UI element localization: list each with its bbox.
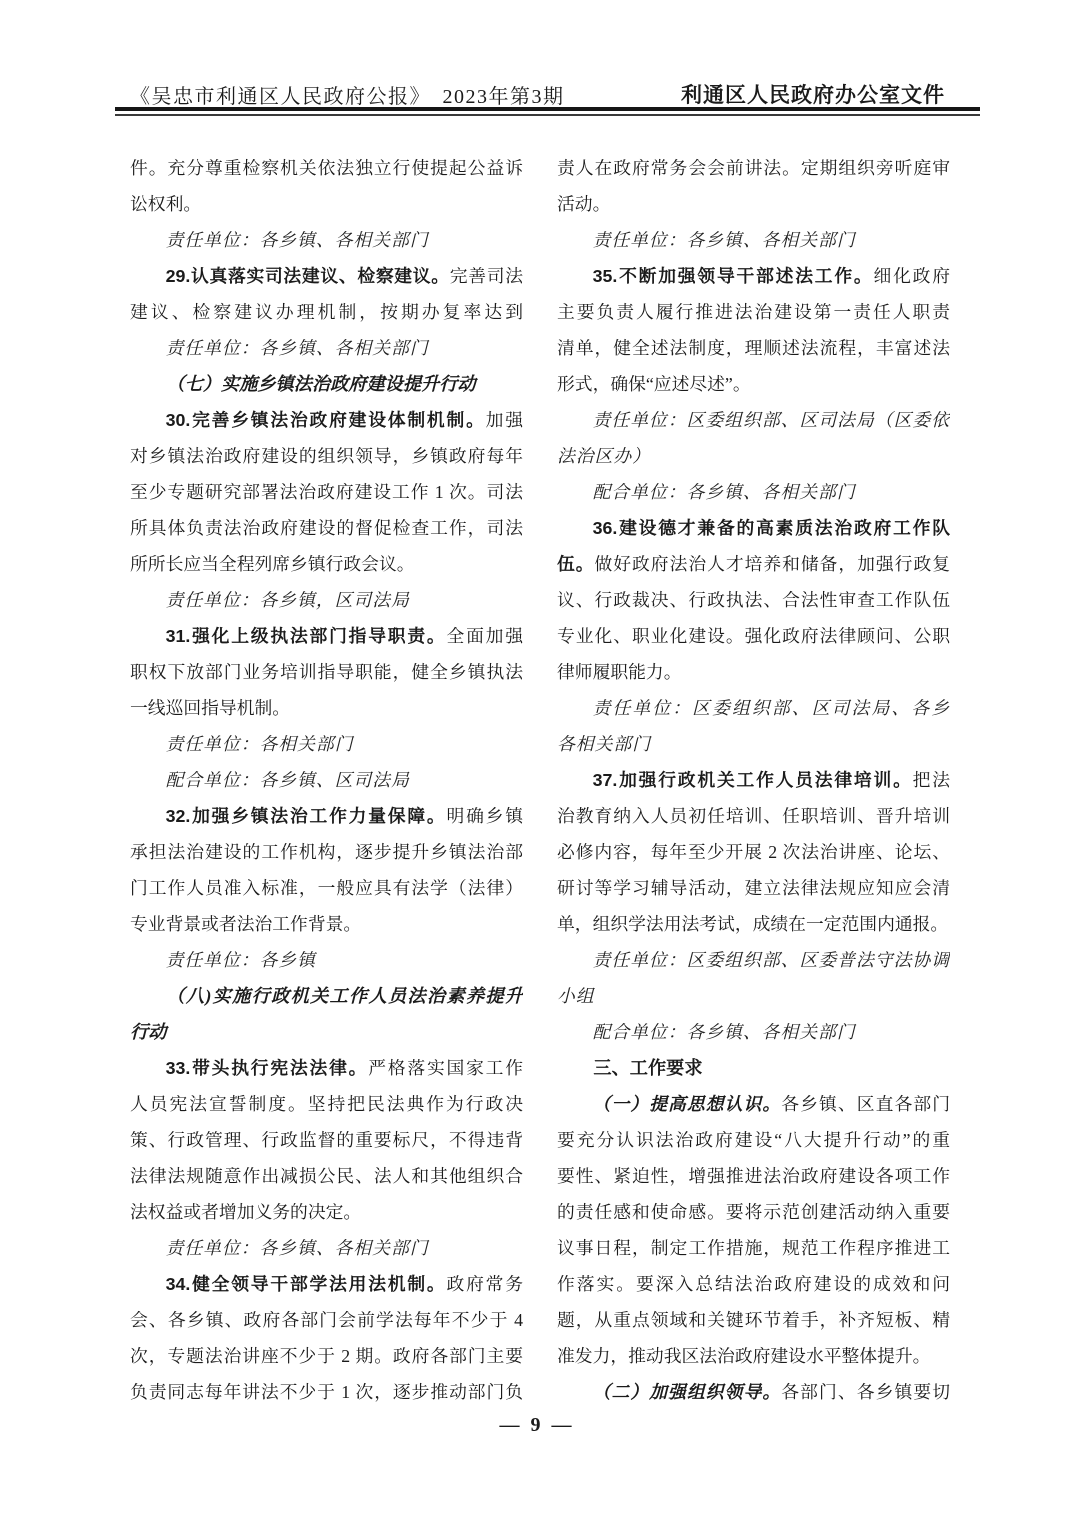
text-run: 讼权利。 [130, 194, 201, 214]
document-page: 《吴忠市利通区人民政府公报》 2023年第3期 利通区人民政府办公室文件 件。充… [0, 0, 1074, 1520]
text-line: 门工作人员准入标准，一般应具有法学（法律） [130, 870, 523, 906]
text-run: 对乡镇法治政府建设的组织领导，乡镇政府每年 [130, 446, 523, 466]
text-line: 31.强化上级执法部门指导职责。全面加强 [130, 618, 523, 654]
left-text-column: 件。充分尊重检察机关依法独立行使提起公益诉讼权利。责任单位：各乡镇、各相关部门2… [130, 150, 523, 1410]
text-line: 题，从重点领域和关键环节着手，补齐短板、精 [557, 1302, 950, 1338]
text-line: 治教育纳入人员初任培训、任职培训、晋升培训 [557, 798, 950, 834]
text-run: 所所长应当全程列席乡镇行政会议。 [130, 554, 415, 574]
text-run: 小组 [557, 986, 595, 1006]
text-line: 至少专题研究部署法治政府建设工作 1 次。司法 [130, 474, 523, 510]
text-run: 完善司法 [450, 266, 523, 286]
text-line: 三、工作要求 [557, 1050, 950, 1086]
text-line: 法律法规随意作出减损公民、法人和其他组织合 [130, 1158, 523, 1194]
text-run: 责任单位：各乡镇、各相关部门 [166, 1238, 429, 1258]
text-line: 法治区办） [557, 438, 950, 474]
text-line: （七）实施乡镇法治政府建设提升行动 [130, 366, 523, 402]
text-run-lead: 35.不断加强领导干部述法工作。 [593, 266, 874, 286]
text-line: 的责任感和使命感。要将示范创建活动纳入重要 [557, 1194, 950, 1230]
text-run: 责任单位：各乡镇、各相关部门 [593, 230, 856, 250]
text-run: 一线巡回指导机制。 [130, 698, 290, 718]
text-run: 件。充分尊重检察机关依法独立行使提起公益诉 [130, 158, 523, 178]
text-run-lead: 伍。 [557, 554, 595, 574]
text-run: 议、行政裁决、行政执法、合法性审查工作队伍 [557, 590, 950, 610]
text-line: 责任单位：各乡镇、各相关部门 [130, 330, 523, 366]
text-run-lead: 31.强化上级执法部门指导职责。 [166, 626, 447, 646]
header-rule-thin [115, 114, 980, 116]
text-run: 法权益或者增加义务的决定。 [130, 1202, 361, 1222]
text-run: 的责任感和使命感。要将示范创建活动纳入重要 [557, 1202, 950, 1222]
text-line: 人员宪法宣誓制度。坚持把民法典作为行政决 [130, 1086, 523, 1122]
text-run: 责任单位：各相关部门 [166, 734, 354, 754]
text-line: 责任单位：各乡镇、各相关部门 [130, 1230, 523, 1266]
text-run: 把法 [913, 770, 950, 790]
text-line: 单，组织学法用法考试，成绩在一定范围内通报。 [557, 906, 950, 942]
text-run: 作落实。要深入总结法治政府建设的成效和问 [557, 1274, 950, 1294]
text-line: 主要负责人履行推进法治建设第一责任人职责 [557, 294, 950, 330]
text-line: （二）加强组织领导。各部门、各乡镇要切 [557, 1374, 950, 1410]
text-run: 人员宪法宣誓制度。坚持把民法典作为行政决 [130, 1094, 523, 1114]
text-line: 要充分认识法治政府建设“八大提升行动”的重 [557, 1122, 950, 1158]
text-line: 33.带头执行宪法法律。严格落实国家工作 [130, 1050, 523, 1086]
text-line: 专业背景或者法治工作背景。 [130, 906, 523, 942]
text-line: 要性、紧迫性，增强推进法治政府建设各项工作 [557, 1158, 950, 1194]
text-line: 必修内容，每年至少开展 2 次法治讲座、论坛、 [557, 834, 950, 870]
text-run: 责人在政府常务会会前讲法。定期组织旁听庭审 [557, 158, 950, 178]
page-number: — 9 — [0, 1414, 1074, 1437]
text-line: 35.不断加强领导干部述法工作。细化政府 [557, 258, 950, 294]
text-line: 配合单位：各乡镇、区司法局 [130, 762, 523, 798]
text-line: （一）提高思想认识。各乡镇、区直各部门 [557, 1086, 950, 1122]
text-line: 责任单位：区委组织部、区司法局（区委依 [557, 402, 950, 438]
text-run-lead: 33.带头执行宪法法律。 [166, 1058, 369, 1078]
office-document-header: 利通区人民政府办公室文件 [681, 79, 945, 109]
text-line: 所所长应当全程列席乡镇行政会议。 [130, 546, 523, 582]
text-line: 讼权利。 [130, 186, 523, 222]
text-line: 30.完善乡镇法治政府建设体制机制。加强 [130, 402, 523, 438]
text-run: 细化政府 [874, 266, 951, 286]
text-line: 责任单位：各乡镇 [130, 942, 523, 978]
text-run: 会、各乡镇、政府各部门会前学法每年不少于 4 [130, 1310, 523, 1330]
text-line: 对乡镇法治政府建设的组织领导，乡镇政府每年 [130, 438, 523, 474]
text-run: 要充分认识法治政府建设“八大提升行动”的重 [557, 1130, 950, 1150]
text-run: 必修内容，每年至少开展 2 次法治讲座、论坛、 [557, 842, 950, 862]
text-line: 策、行政管理、行政监督的重要标尺，不得违背 [130, 1122, 523, 1158]
text-line: 次，专题法治讲座不少于 2 期。政府各部门主要 [130, 1338, 523, 1374]
text-run: 责任单位：各乡镇，区司法局 [166, 590, 410, 610]
text-run: 次，专题法治讲座不少于 2 期。政府各部门主要 [130, 1346, 523, 1366]
text-line: 准发力，推动我区法治政府建设水平整体提升。 [557, 1338, 950, 1374]
text-run: 责任单位：各乡镇 [166, 950, 316, 970]
text-line: 各相关部门 [557, 726, 950, 762]
text-run: 明确乡镇 [447, 806, 524, 826]
text-line: 34.健全领导干部学法用法机制。政府常务 [130, 1266, 523, 1302]
text-run-lead: 29.认真落实司法建议、检察建议。 [166, 266, 450, 286]
text-run: 律师履职能力。 [557, 662, 681, 682]
text-run: 专业背景或者法治工作背景。 [130, 914, 361, 934]
text-run: 题，从重点领域和关键环节着手，补齐短板、精 [557, 1310, 950, 1330]
text-line: 配合单位：各乡镇、各相关部门 [557, 474, 950, 510]
text-line: （八)实施行政机关工作人员法治素养提升 [130, 978, 523, 1014]
text-line: 37.加强行政机关工作人员法律培训。把法 [557, 762, 950, 798]
text-line: 负责同志每年讲法不少于 1 次，逐步推动部门负 [130, 1374, 523, 1410]
text-line: 责任单位：各相关部门 [130, 726, 523, 762]
text-line: 小组 [557, 978, 950, 1014]
text-line: 所具体负责法治政府建设的督促检查工作，司法 [130, 510, 523, 546]
text-run: 准发力，推动我区法治政府建设水平整体提升。 [557, 1346, 930, 1366]
text-run: 清单，健全述法制度，理顺述法流程，丰富述法 [557, 338, 950, 358]
text-run-lead-kai: （一）提高思想认识。 [593, 1094, 782, 1114]
text-run-lead: 37.加强行政机关工作人员法律培训。 [593, 770, 913, 790]
text-line: 形式，确保“应述尽述”。 [557, 366, 950, 402]
text-run: 责任单位：各乡镇、各相关部门 [166, 230, 429, 250]
text-run: 所具体负责法治政府建设的督促检查工作，司法 [130, 518, 523, 538]
text-run: 配合单位：各乡镇、区司法局 [166, 770, 410, 790]
text-run: 配合单位：各乡镇、各相关部门 [593, 482, 856, 502]
text-run: 策、行政管理、行政监督的重要标尺，不得违背 [130, 1130, 523, 1150]
text-line: 研讨等学习辅导活动，建立法律法规应知应会清 [557, 870, 950, 906]
text-run: 责任单位：区委组织部、区委普法守法协调 [593, 950, 950, 970]
text-run: 门工作人员准入标准，一般应具有法学（法律） [130, 878, 523, 898]
text-run-lead: 30.完善乡镇法治政府建设体制机制。 [166, 410, 486, 430]
text-run: 建议、检察建议办理机制，按期办复率达到 100%。 [130, 302, 523, 330]
text-run: 政府常务 [447, 1274, 524, 1294]
text-run: 形式，确保“应述尽述”。 [557, 374, 751, 394]
text-run: 专业化、职业化建设。强化政府法律顾问、公职 [557, 626, 950, 646]
text-run: 法治区办） [557, 446, 651, 466]
text-run: 研讨等学习辅导活动，建立法律法规应知应会清 [557, 878, 950, 898]
text-line: 伍。做好政府法治人才培养和储备，加强行政复 [557, 546, 950, 582]
text-line: 责任单位：区委组织部、区司法局、各乡镇、 [557, 690, 950, 726]
text-line: 责任单位：各乡镇，区司法局 [130, 582, 523, 618]
text-run: 责任单位：区委组织部、区司法局（区委依 [593, 410, 950, 430]
text-run: 三、工作要求 [593, 1058, 702, 1078]
gazette-header-title: 《吴忠市利通区人民政府公报》 2023年第3期 [130, 80, 565, 109]
text-run: 责任单位：各乡镇、各相关部门 [166, 338, 429, 358]
text-run-lead: 32.加强乡镇法治工作力量保障。 [166, 806, 447, 826]
text-run: 责任单位：区委组织部、区司法局、各乡镇、 [557, 698, 950, 726]
text-run: 加强 [486, 410, 523, 430]
text-run: （七）实施乡镇法治政府建设提升行动 [166, 374, 475, 394]
text-line: 责任单位：区委组织部、区委普法守法协调 [557, 942, 950, 978]
text-run: （八)实施行政机关工作人员法治素养提升 [166, 986, 523, 1006]
text-line: 专业化、职业化建设。强化政府法律顾问、公职 [557, 618, 950, 654]
text-line: 法权益或者增加义务的决定。 [130, 1194, 523, 1230]
text-run: 至少专题研究部署法治政府建设工作 1 次。司法 [130, 482, 523, 502]
text-run-lead: 36.建设德才兼备的高素质法治政府工作队 [593, 518, 950, 538]
text-line: 配合单位：各乡镇、各相关部门 [557, 1014, 950, 1050]
text-line: 议事日程，制定工作措施，规范工作程序推进工 [557, 1230, 950, 1266]
text-line: 36.建设德才兼备的高素质法治政府工作队 [557, 510, 950, 546]
text-run: 配合单位：各乡镇、各相关部门 [593, 1022, 856, 1042]
text-run: 单，组织学法用法考试，成绩在一定范围内通报。 [557, 914, 948, 934]
text-run: 行动 [130, 1022, 166, 1042]
text-line: 件。充分尊重检察机关依法独立行使提起公益诉 [130, 150, 523, 186]
text-line: 行动 [130, 1014, 523, 1050]
text-line: 建议、检察建议办理机制，按期办复率达到 100%。 [130, 294, 523, 330]
text-line: 责人在政府常务会会前讲法。定期组织旁听庭审 [557, 150, 950, 186]
right-text-column: 责人在政府常务会会前讲法。定期组织旁听庭审活动。责任单位：各乡镇、各相关部门35… [557, 150, 950, 1410]
text-run: 各部门、各乡镇要切 [781, 1382, 950, 1402]
text-line: 律师履职能力。 [557, 654, 950, 690]
text-run: 做好政府法治人才培养和储备，加强行政复 [595, 554, 950, 574]
text-run: 活动。 [557, 194, 610, 214]
text-run: 承担法治建设的工作机构，逐步提升乡镇法治部 [130, 842, 523, 862]
text-run: 法律法规随意作出减损公民、法人和其他组织合 [130, 1166, 523, 1186]
text-line: 责任单位：各乡镇、各相关部门 [557, 222, 950, 258]
text-run-lead-kai: （二）加强组织领导。 [593, 1382, 782, 1402]
text-line: 清单，健全述法制度，理顺述法流程，丰富述法 [557, 330, 950, 366]
header-rule-thick [115, 107, 980, 111]
text-run: 各相关部门 [557, 734, 651, 754]
text-line: 作落实。要深入总结法治政府建设的成效和问 [557, 1266, 950, 1302]
text-run: 治教育纳入人员初任培训、任职培训、晋升培训 [557, 806, 950, 826]
text-line: 承担法治建设的工作机构，逐步提升乡镇法治部 [130, 834, 523, 870]
text-line: 职权下放部门业务培训指导职能，健全乡镇执法 [130, 654, 523, 690]
text-line: 会、各乡镇、政府各部门会前学法每年不少于 4 [130, 1302, 523, 1338]
text-run: 职权下放部门业务培训指导职能，健全乡镇执法 [130, 662, 523, 682]
text-line: 29.认真落实司法建议、检察建议。完善司法 [130, 258, 523, 294]
text-line: 活动。 [557, 186, 950, 222]
text-line: 一线巡回指导机制。 [130, 690, 523, 726]
text-run-lead: 34.健全领导干部学法用法机制。 [166, 1274, 447, 1294]
text-line: 责任单位：各乡镇、各相关部门 [130, 222, 523, 258]
text-run: 主要负责人履行推进法治建设第一责任人职责 [557, 302, 950, 322]
text-line: 32.加强乡镇法治工作力量保障。明确乡镇 [130, 798, 523, 834]
text-run: 负责同志每年讲法不少于 1 次，逐步推动部门负 [130, 1382, 523, 1402]
text-run: 各乡镇、区直各部门 [781, 1094, 950, 1114]
text-line: 议、行政裁决、行政执法、合法性审查工作队伍 [557, 582, 950, 618]
text-run: 议事日程，制定工作措施，规范工作程序推进工 [557, 1238, 950, 1258]
text-run: 要性、紧迫性，增强推进法治政府建设各项工作 [557, 1166, 950, 1186]
text-run: 全面加强 [447, 626, 524, 646]
text-run: 严格落实国家工作 [368, 1058, 523, 1078]
